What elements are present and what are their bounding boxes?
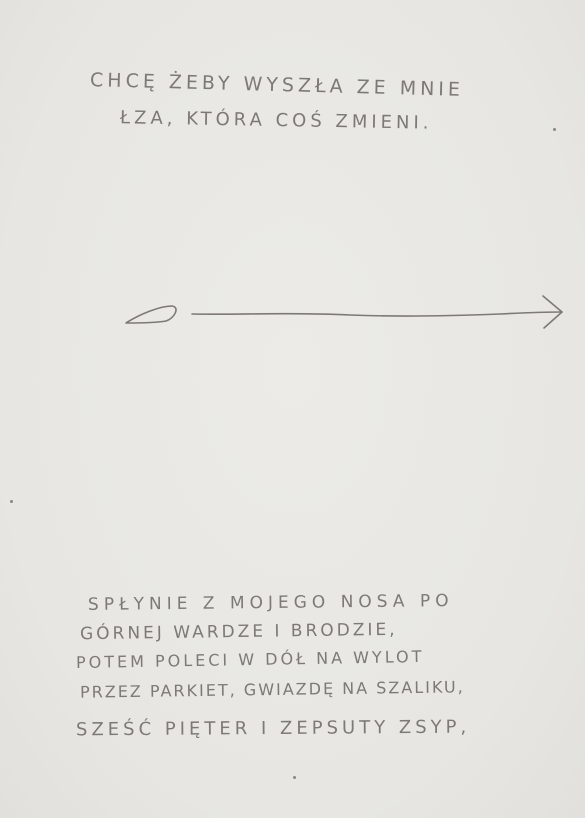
handwritten-line: CHCĘ ŻEBY WYSZŁA ZE MNIE [90,69,464,101]
handwritten-line: SZEŚĆ PIĘTER I ZEPSUTY ZSYP, [76,717,470,741]
handwritten-line: POTEM POLECI W DÓŁ NA WYLOT [76,647,425,672]
handwritten-line: ŁZA, KTÓRA COŚ ZMIENI. [120,107,433,133]
pencil-speck [10,500,13,503]
handwritten-line: GÓRNEJ WARDZE I BRODZIE, [80,620,398,644]
pencil-speck [293,776,296,779]
tear-arrow-drawing [120,290,570,340]
handwritten-line: PRZEZ PARKIET, GWIAZDĘ NA SZALIKU, [80,677,465,701]
paper-sheet: CHCĘ ŻEBY WYSZŁA ZE MNIE ŁZA, KTÓRA COŚ … [0,0,585,818]
arrow-right-icon [192,296,562,328]
pencil-speck [553,128,556,131]
handwritten-line: SPŁYNIE Z MOJEGO NOSA PO [88,591,454,615]
teardrop-icon [126,306,176,323]
